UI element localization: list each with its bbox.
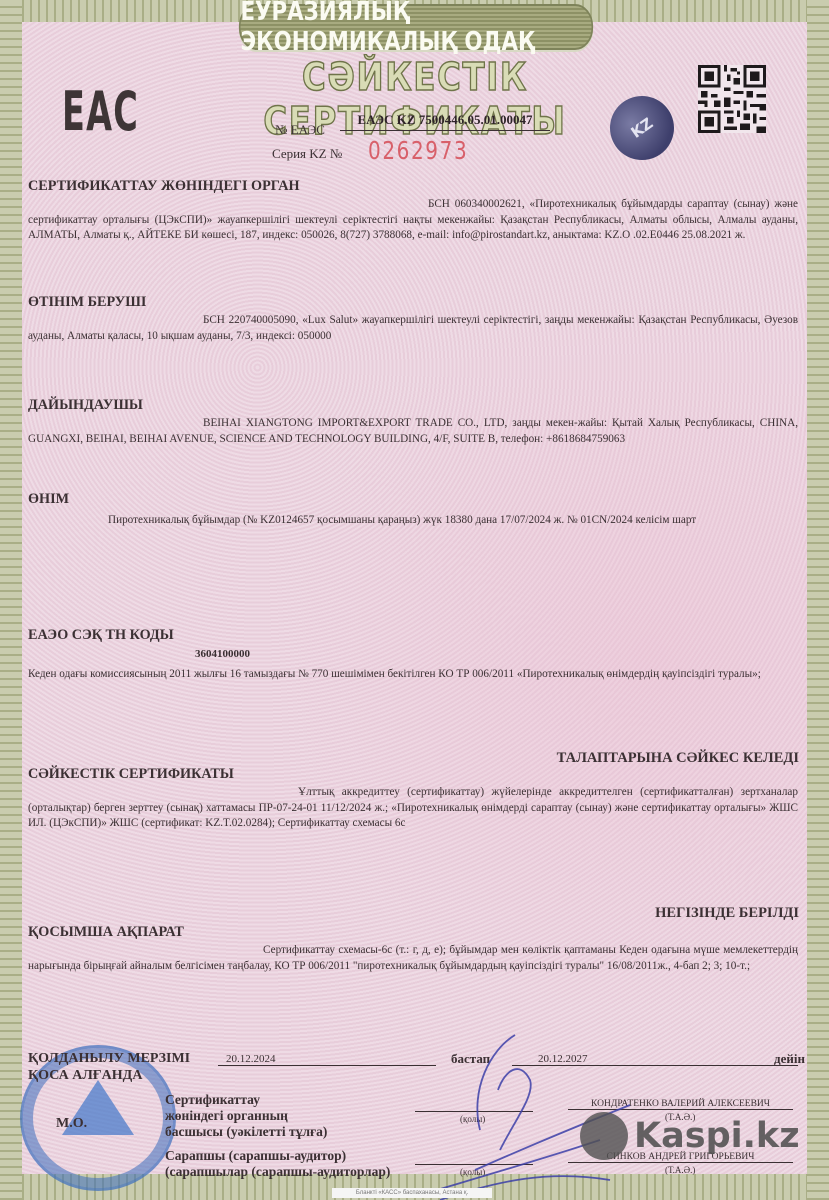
valid-to-word: дейін — [774, 1051, 805, 1067]
stamp-place-label: М.О. — [56, 1116, 87, 1132]
certificate-number-label: № ЕАЭС — [275, 122, 325, 138]
additional-info-text: Сертификаттау схемасы-6с (т.: г, д, е); … — [28, 943, 798, 974]
hs-code-text: Кеден одағы комиссиясының 2011 жылғы 16 … — [28, 667, 798, 683]
head-label-line-2: жөніндегі органның — [165, 1108, 327, 1124]
kaspi-watermark: Kaspi.kz — [580, 1112, 800, 1160]
applicant-heading: ӨТІНІМ БЕРУШІ — [28, 294, 146, 311]
conformity-text: Ұлттық аккредиттеу (сертификаттау) жүйел… — [28, 785, 798, 832]
conformity-heading: СӘЙКЕСТІК СЕРТИФИКАТЫ — [28, 766, 234, 783]
certification-body-heading: СЕРТИФИКАТТАУ ЖӨНІНДЕГІ ОРГАН — [28, 178, 300, 195]
kaspi-watermark-text: Kaspi.kz — [634, 1116, 800, 1156]
expert-name-caption: (Т.А.Ә.) — [665, 1165, 695, 1175]
expert-label-line-2: (сарапшылар (сарапшы-аудиторлар) — [165, 1164, 390, 1180]
hs-code-heading: ЕАЭО СЭҚ ТН КОДЫ — [28, 627, 174, 644]
product-heading: ӨНІМ — [28, 491, 69, 508]
series-number: 0262973 — [368, 136, 468, 165]
kaspi-logo-icon — [580, 1112, 628, 1160]
certificate-page: ЕУРАЗИЯЛЫҚ ЭКОНОМИКАЛЫҚ ОДАҚ СӘЙКЕСТІК С… — [0, 0, 829, 1200]
additional-info-heading: ҚОСЫМША АҚПАРАТ — [28, 924, 184, 941]
validity-label: ҚОЛДАНЫЛУ МЕРЗІМІ — [28, 1051, 190, 1067]
qr-code-icon[interactable] — [698, 65, 766, 133]
eac-logo-icon: EAC — [62, 80, 139, 143]
expert-label: Сарапшы (сарапшы-аудитор) (сарапшылар (с… — [165, 1148, 390, 1180]
union-banner-text: ЕУРАЗИЯЛЫҚ ЭКОНОМИКАЛЫҚ ОДАҚ — [241, 0, 592, 57]
expert-label-line-1: Сарапшы (сарапшы-аудитор) — [165, 1148, 390, 1164]
product-text: Пиротехникалық бұйымдар (№ KZ0124657 қос… — [28, 513, 798, 529]
head-of-body-label: Сертификаттау жөніндегі органның басшысы… — [165, 1092, 327, 1140]
guilloche-border-right — [807, 0, 829, 1200]
manufacturer-heading: ДАЙЫНДАУШЫ — [28, 397, 143, 414]
manufacturer-text: BEIHAI XIANGTONG IMPORT&EXPORT TRADE CO.… — [28, 416, 798, 447]
printer-note: Бланкті «КАСС» баспаханасы, Астана қ. — [332, 1188, 492, 1198]
series-label: Серия KZ № — [272, 146, 342, 162]
head-label-line-3: басшысы (уәкілетті тұлға) — [165, 1124, 327, 1140]
inclusive-label: ҚОСА АЛҒАНДА — [28, 1068, 142, 1084]
conformity-requirements-heading: ТАЛАПТАРЫНА СӘЙКЕС КЕЛЕДІ — [557, 750, 799, 767]
union-banner: ЕУРАЗИЯЛЫҚ ЭКОНОМИКАЛЫҚ ОДАҚ — [239, 4, 593, 50]
head-label-line-1: Сертификаттау — [165, 1092, 327, 1108]
certification-body-text: БСН 060340002621, «Пиротехникалық бұйымд… — [28, 197, 798, 244]
issued-on-basis-heading: НЕГІЗІНДЕ БЕРІЛДІ — [655, 905, 799, 922]
applicant-text: БСН 220740005090, «Lux Salut» жауапкерші… — [28, 313, 798, 344]
hologram-text: KZ — [628, 114, 657, 142]
certificate-number: ЕАЭС KZ 7500446.05.01.00047 — [340, 112, 550, 131]
guilloche-border-left — [0, 0, 22, 1200]
hs-code-value: 3604100000 — [195, 648, 250, 660]
